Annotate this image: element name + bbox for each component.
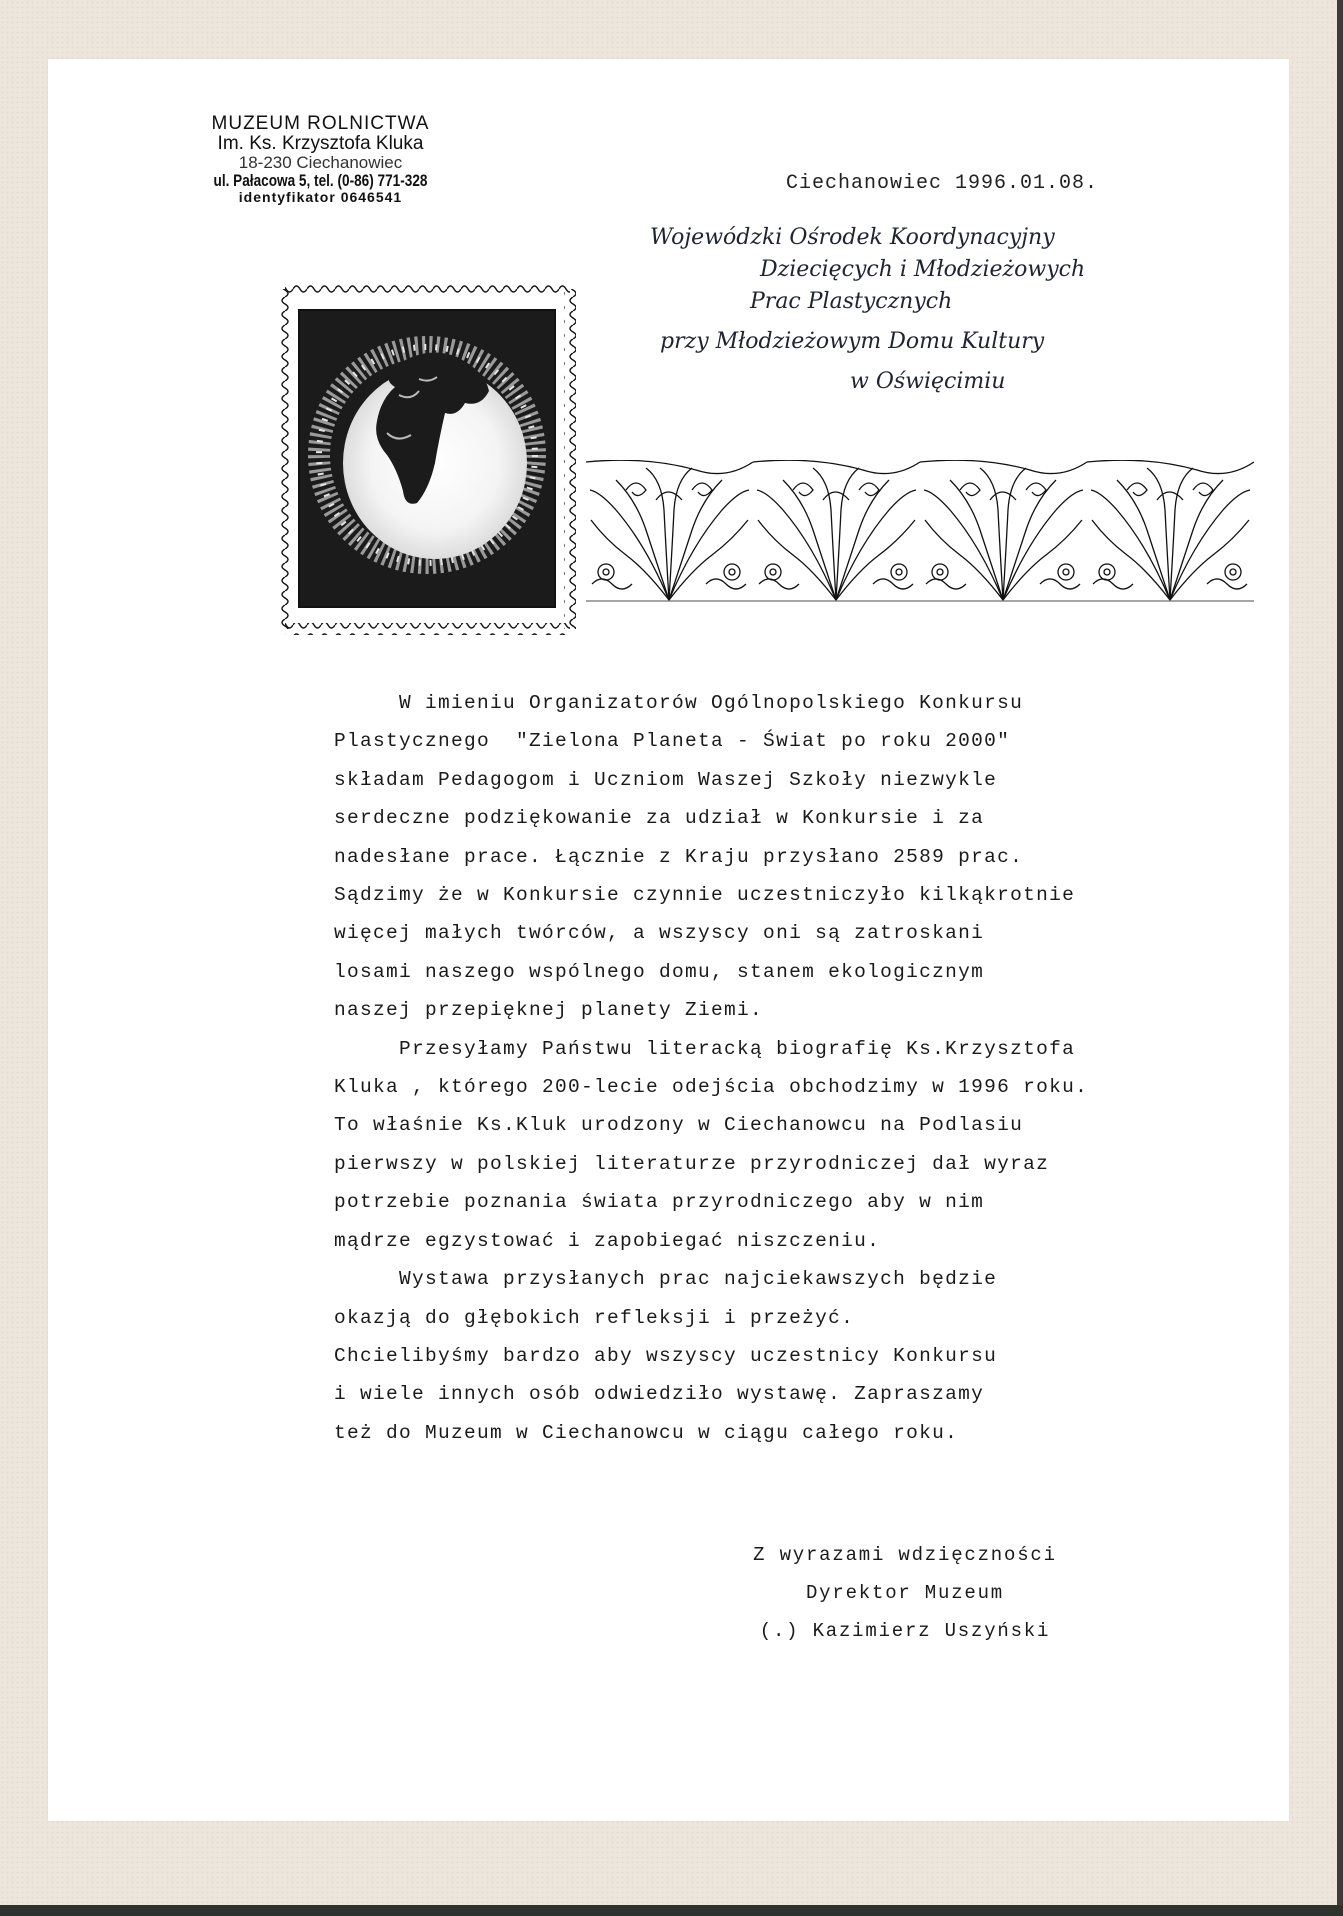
postage-stamp-image xyxy=(279,283,576,635)
letterhead-line-5: identyfikator 0646541 xyxy=(183,190,458,205)
body-line: i wiele innych osób odwiedziło wystawę. … xyxy=(334,1375,1234,1413)
date-line: Ciechanowiec 1996.01.08. xyxy=(786,172,1098,195)
letter-body: W imieniu Organizatorów Ogólnopolskiego … xyxy=(334,684,1234,1452)
letterhead-line-2: Im. Ks. Krzysztofa Kluka xyxy=(183,134,458,154)
scan-edge-right xyxy=(1337,0,1343,1916)
closing-line-1: Z wyrazami wdzięczności xyxy=(700,1536,1110,1574)
body-line: potrzebie poznania świata przyrodniczego… xyxy=(334,1183,1234,1221)
body-line: Chcielibyśmy bardzo aby wszyscy uczestni… xyxy=(334,1337,1234,1375)
body-line: też do Muzeum w Ciechanowcu w ciągu całe… xyxy=(334,1414,1234,1452)
closing-signature: Z wyrazami wdzięczności Dyrektor Muzeum … xyxy=(700,1536,1110,1650)
decorative-ornament xyxy=(586,460,1254,602)
body-line: losami naszego wspólnego domu, stanem ek… xyxy=(334,953,1234,991)
closing-line-3: (.) Kazimierz Uszyński xyxy=(700,1612,1110,1650)
recipient-line: w Oświęcimiu xyxy=(850,362,1210,402)
recipient-line: przy Młodzieżowym Domu Kultury xyxy=(660,322,1210,362)
letterhead-stamp: MUZEUM ROLNICTWA Im. Ks. Krzysztofa Kluk… xyxy=(183,114,458,204)
body-line: okazją do głębokich refleksji i przeżyć. xyxy=(334,1299,1234,1337)
body-line: Wystawa przysłanych prac najciekawszych … xyxy=(334,1260,1234,1298)
body-line: więcej małych twórców, a wszyscy oni są … xyxy=(334,914,1234,952)
body-line: Przesyłamy Państwu literacką biografię K… xyxy=(334,1030,1234,1068)
body-line: naszej przepięknej planety Ziemi. xyxy=(334,991,1234,1029)
body-line: Plastycznego "Zielona Planeta - Świat po… xyxy=(334,722,1234,760)
scan-edge-bottom xyxy=(0,1905,1343,1916)
closing-line-2: Dyrektor Muzeum xyxy=(700,1574,1110,1612)
letterhead-line-3: 18-230 Ciechanowiec xyxy=(183,154,458,172)
body-line: W imieniu Organizatorów Ogólnopolskiego … xyxy=(334,684,1234,722)
letterhead-line-1: MUZEUM ROLNICTWA xyxy=(183,114,458,134)
body-line: pierwszy w polskiej literaturze przyrodn… xyxy=(334,1145,1234,1183)
body-line: nadesłane prace. Łącznie z Kraju przysła… xyxy=(334,838,1234,876)
body-line: serdeczne podziękowanie za udział w Konk… xyxy=(334,799,1234,837)
letterhead-line-4: ul. Pałacowa 5, tel. (0-86) 771-328 xyxy=(211,172,431,190)
recipient-handwritten: Wojewódzki Ośrodek Koordynacyjny Dziecię… xyxy=(650,218,1210,402)
body-line: Sądzimy że w Konkursie czynnie uczestnic… xyxy=(334,876,1234,914)
body-line: To właśnie Ks.Kluk urodzony w Ciechanowc… xyxy=(334,1106,1234,1144)
body-line: składam Pedagogom i Uczniom Waszej Szkoł… xyxy=(334,761,1234,799)
body-line: Kluka , którego 200-lecie odejścia obcho… xyxy=(334,1068,1234,1106)
body-line: mądrze egzystować i zapobiegać niszczeni… xyxy=(334,1222,1234,1260)
